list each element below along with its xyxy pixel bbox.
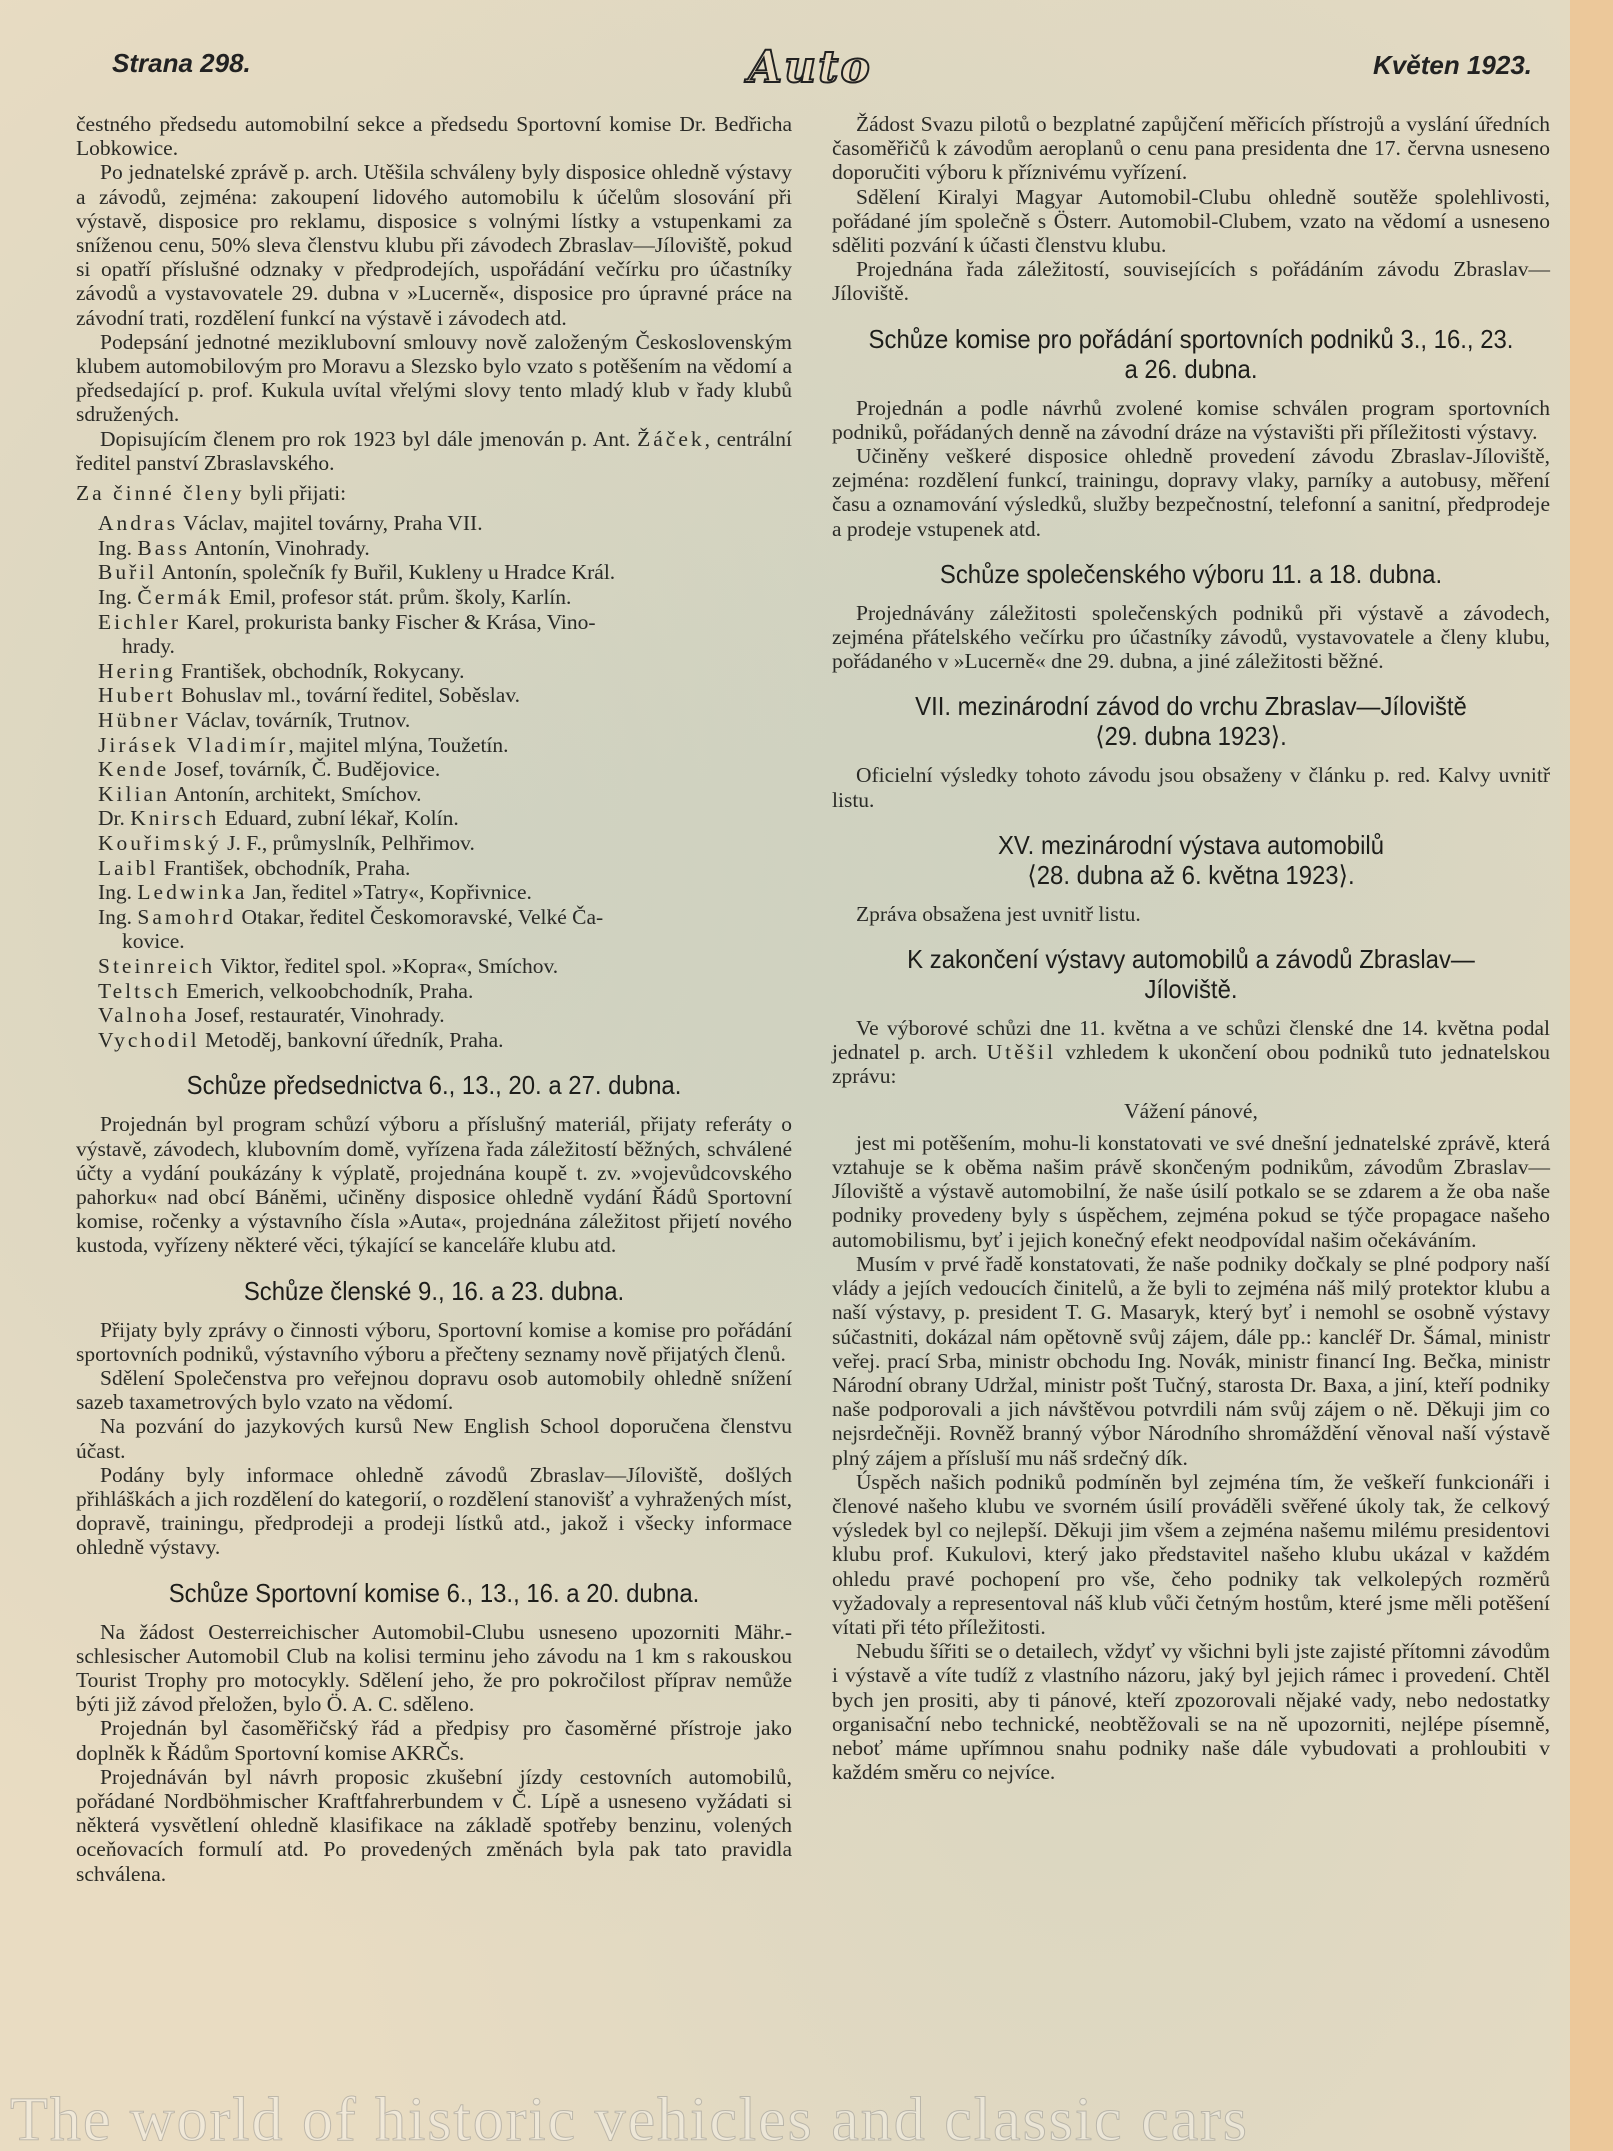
- member-details: Antonín, architekt, Smíchov.: [170, 782, 422, 806]
- secretary-name: Utěšil: [987, 1040, 1056, 1064]
- page-edge: [1570, 0, 1613, 2151]
- member-item: Hubert Bohuslav ml., tovární ředitel, So…: [76, 683, 792, 708]
- member-details: Václav, továrník, Trutnov.: [180, 708, 410, 732]
- member-details: František, obchodník, Praha.: [158, 856, 410, 880]
- paragraph: Na pozvání do jazykových kursů New Engli…: [76, 1414, 792, 1462]
- member-details: Václav, majitel továrny, Praha VII.: [178, 511, 483, 535]
- member-name: Bass: [137, 536, 190, 560]
- paragraph: Projednáván byl návrh proposic zkušební …: [76, 1765, 792, 1886]
- member-item: Ing. Čermák Emil, profesor stát. prům. š…: [76, 585, 792, 610]
- member-name: Vychodil: [98, 1028, 200, 1052]
- paragraph: Projednávány záležitosti společenských p…: [832, 601, 1550, 674]
- member-title: Ing.: [98, 905, 137, 929]
- section-heading: K zakončení výstavy automobilů a závodů …: [861, 944, 1522, 1004]
- member-item: Andras Václav, majitel továrny, Praha VI…: [76, 511, 792, 536]
- member-details: Josef, restauratér, Vinohrady.: [189, 1003, 444, 1027]
- member-details: Karel, prokurista banky Fischer & Krása,…: [181, 610, 595, 634]
- member-details: Jan, ředitel »Tatry«, Kopřivnice.: [247, 880, 531, 904]
- member-name: Knirsch: [130, 806, 219, 830]
- member-name: Teltsch: [98, 979, 181, 1003]
- page-number: Strana 298.: [112, 48, 251, 79]
- paragraph: Nebudu šířiti se o detailech, vždyť vy v…: [832, 1639, 1550, 1784]
- section-heading: Schůze Sportovní komise 6., 13., 16. a 2…: [105, 1578, 764, 1608]
- member-details: Viktor, ředitel spol. »Kopra«, Smíchov.: [215, 954, 558, 978]
- member-item: Ing. Samohrd Otakar, ředitel Českomoravs…: [76, 905, 792, 954]
- member-details: Emil, profesor stát. prům. školy, Karlín…: [223, 585, 571, 609]
- members-intro: Za činné členy byli přijati:: [76, 481, 792, 505]
- paragraph: Projednán a podle návrhů zvolené komise …: [832, 396, 1550, 444]
- section-heading: VII. mezinárodní závod do vrchu Zbraslav…: [861, 691, 1522, 751]
- member-details: Josef, továrník, Č. Budějovice.: [169, 757, 440, 781]
- issue-date: Květen 1923.: [1373, 50, 1532, 81]
- page-header: Strana 298. Auto Květen 1923.: [112, 48, 1532, 98]
- member-item: Kende Josef, továrník, Č. Budějovice.: [76, 757, 792, 782]
- member-item: Ing. Ledwinka Jan, ředitel »Tatry«, Kopř…: [76, 880, 792, 905]
- member-title: Ing.: [98, 585, 137, 609]
- member-item: Hering František, obchodník, Rokycany.: [76, 659, 792, 684]
- section-heading: XV. mezinárodní výstava automobilů⟨28. d…: [861, 830, 1522, 890]
- paragraph: Zpráva obsažena jest uvnitř listu.: [832, 902, 1550, 926]
- paragraph: Oficielní výsledky tohoto závodu jsou ob…: [832, 763, 1550, 811]
- member-name: Čermák: [137, 585, 223, 609]
- member-details: Antonín, Vinohrady.: [190, 536, 370, 560]
- member-item: Kouřimský J. F., průmyslník, Pelhřimov.: [76, 831, 792, 856]
- member-name: Laibl: [98, 856, 158, 880]
- paragraph: Dopisujícím členem pro rok 1923 byl dále…: [76, 427, 792, 475]
- paragraph: čestného předsedu automobilní sekce a př…: [76, 112, 792, 160]
- paragraph: Projednán byl program schůzí výboru a př…: [76, 1112, 792, 1257]
- watermark-text: The world of historic vehicles and class…: [10, 2085, 1249, 2151]
- paragraph: Učiněny veškeré disposice ohledně proved…: [832, 444, 1550, 541]
- paragraph: Na žádost Oesterreichischer Automobil-Cl…: [76, 1620, 792, 1717]
- member-details: J. F., průmyslník, Pelhřimov.: [222, 831, 475, 855]
- member-name: Andras: [98, 511, 178, 535]
- member-name: Valnoha: [98, 1003, 189, 1027]
- member-name: Ledwinka: [137, 880, 247, 904]
- paragraph: Podány byly informace ohledně závodů Zbr…: [76, 1463, 792, 1560]
- member-item: Dr. Knirsch Eduard, zubní lékař, Kolín.: [76, 806, 792, 831]
- member-item: Teltsch Emerich, velkoobchodník, Praha.: [76, 979, 792, 1004]
- section-heading: Schůze předsednictva 6., 13., 20. a 27. …: [105, 1070, 764, 1100]
- member-name: Kilian: [98, 782, 170, 806]
- member-details: Emerich, velkoobchodník, Praha.: [181, 979, 474, 1003]
- magazine-logo: Auto: [748, 42, 872, 93]
- member-details: Bohuslav ml., tovární ředitel, Soběslav.: [176, 683, 520, 707]
- member-name: Kouřimský: [98, 831, 222, 855]
- paragraph: Přijaty byly zprávy o činnosti výboru, S…: [76, 1318, 792, 1366]
- member-name: Steinreich: [98, 954, 215, 978]
- member-name: Buřil: [98, 560, 157, 584]
- member-title: Ing.: [98, 880, 137, 904]
- member-details: Metoděj, bankovní úředník, Praha.: [200, 1028, 504, 1052]
- member-details: Otakar, ředitel Českomoravské, Velké Ča-: [236, 905, 603, 929]
- member-name: Jirásek Vladimír: [98, 733, 288, 757]
- paragraph: jest mi potěšením, mohu-li konstatovati …: [832, 1131, 1550, 1252]
- member-item: Buřil Antonín, společník fy Buřil, Kukle…: [76, 560, 792, 585]
- paragraph: Sdělení Kiralyi Magyar Automobil-Clubu o…: [832, 185, 1550, 258]
- paragraph: Sdělení Společenstva pro veřejnou doprav…: [76, 1366, 792, 1414]
- member-details: Antonín, společník fy Buřil, Kukleny u H…: [157, 560, 615, 584]
- member-name: Hubert: [98, 683, 176, 707]
- paragraph: Žádost Svazu pilotů o bezplatné zapůjčen…: [832, 112, 1550, 185]
- paragraph: Musím v prvé řadě konstatovati, že naše …: [832, 1252, 1550, 1470]
- member-item: Valnoha Josef, restauratér, Vinohrady.: [76, 1003, 792, 1028]
- paragraph: Po jednatelské zprávě p. arch. Utěšila s…: [76, 160, 792, 329]
- member-name: Eichler: [98, 610, 181, 634]
- left-column: čestného předsedu automobilní sekce a př…: [76, 112, 792, 1886]
- member-name: Hübner: [98, 708, 180, 732]
- member-item: Steinreich Viktor, ředitel spol. »Kopra«…: [76, 954, 792, 979]
- member-details-continued: kovice.: [98, 929, 792, 954]
- member-item: Laibl František, obchodník, Praha.: [76, 856, 792, 881]
- member-name: Kende: [98, 757, 169, 781]
- paragraph: Úspěch našich podniků podmíněn byl zejmé…: [832, 1470, 1550, 1639]
- member-name: Samohrd: [137, 905, 236, 929]
- paragraph: Podepsání jednotné meziklubovní smlouvy …: [76, 330, 792, 427]
- member-item: Hübner Václav, továrník, Trutnov.: [76, 708, 792, 733]
- member-title: Ing.: [98, 536, 137, 560]
- section-heading: Schůze společenského výboru 11. a 18. du…: [861, 559, 1522, 589]
- member-name: Hering: [98, 659, 176, 683]
- member-details: František, obchodník, Rokycany.: [176, 659, 465, 683]
- section-heading: Schůze členské 9., 16. a 23. dubna.: [105, 1276, 764, 1306]
- member-title: Dr.: [98, 806, 130, 830]
- member-item: Vychodil Metoděj, bankovní úředník, Prah…: [76, 1028, 792, 1053]
- member-name: Žáček: [637, 427, 705, 451]
- members-list: Andras Václav, majitel továrny, Praha VI…: [76, 511, 792, 1052]
- salutation: Vážení pánové,: [832, 1099, 1550, 1123]
- member-item: Jirásek Vladimír, majitel mlýna, Toužetí…: [76, 733, 792, 758]
- paragraph: Projednán byl časoměřičský řád a předpis…: [76, 1716, 792, 1764]
- paragraph: Ve výborové schůzi dne 11. května a ve s…: [832, 1016, 1550, 1089]
- member-item: Kilian Antonín, architekt, Smíchov.: [76, 782, 792, 807]
- member-item: Eichler Karel, prokurista banky Fischer …: [76, 610, 792, 659]
- member-item: Ing. Bass Antonín, Vinohrady.: [76, 536, 792, 561]
- paragraph: Projednána řada záležitostí, související…: [832, 257, 1550, 305]
- member-details-continued: hrady.: [98, 634, 792, 659]
- member-details: Eduard, zubní lékař, Kolín.: [219, 806, 458, 830]
- right-column: Žádost Svazu pilotů o bezplatné zapůjčen…: [832, 112, 1550, 1784]
- member-details: , majitel mlýna, Toužetín.: [288, 733, 508, 757]
- section-heading: Schůze komise pro pořádání sportovních p…: [861, 324, 1522, 384]
